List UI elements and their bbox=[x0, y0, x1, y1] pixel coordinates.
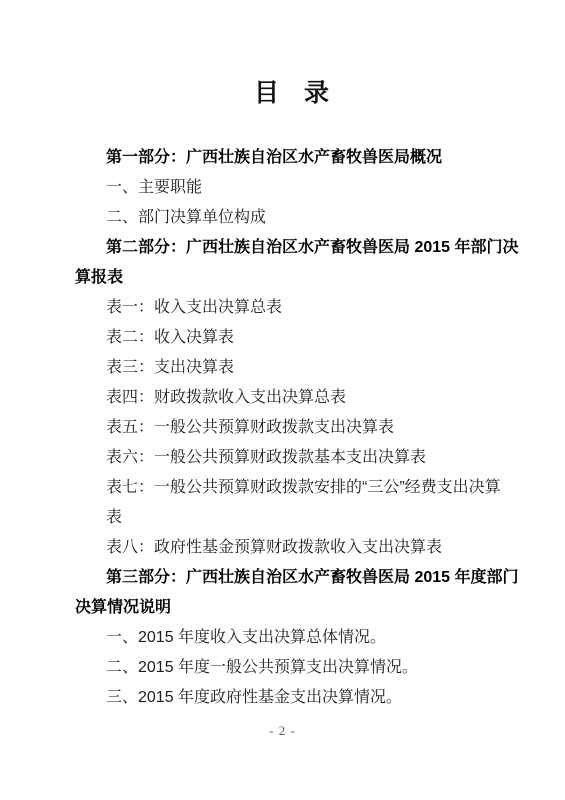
toc-heading-line: 第三部分：广西壮族自治区水产畜牧兽医局 2015 年度部门 bbox=[75, 563, 490, 593]
toc-item-line: 一、主要职能 bbox=[75, 173, 490, 203]
toc-item-line: 二、2015 年度一般公共预算支出决算情况。 bbox=[75, 653, 490, 683]
toc-item-line: 一、2015 年度收入支出决算总体情况。 bbox=[75, 623, 490, 653]
toc-heading-line: 第二部分：广西壮族自治区水产畜牧兽医局 2015 年部门决 bbox=[75, 233, 490, 263]
toc-item-line: 表六：一般公共预算财政拨款基本支出决算表 bbox=[75, 443, 490, 473]
toc-item-line: 表二：收入决算表 bbox=[75, 323, 490, 353]
toc-heading-line: 第一部分：广西壮族自治区水产畜牧兽医局概况 bbox=[75, 143, 490, 173]
toc-item-line: 表五：一般公共预算财政拨款支出决算表 bbox=[75, 413, 490, 443]
document-page: 目 录 第一部分：广西壮族自治区水产畜牧兽医局概况一、主要职能二、部门决算单位构… bbox=[0, 0, 565, 800]
toc-heading-line: 算报表 bbox=[75, 263, 490, 293]
toc-item-line: 三、2015 年度政府性基金支出决算情况。 bbox=[75, 683, 490, 713]
toc-item-line: 表 bbox=[75, 503, 490, 533]
table-of-contents: 第一部分：广西壮族自治区水产畜牧兽医局概况一、主要职能二、部门决算单位构成第二部… bbox=[75, 143, 490, 713]
toc-item-line: 表四：财政拨款收入支出决算总表 bbox=[75, 383, 490, 413]
toc-item-line: 表一：收入支出决算总表 bbox=[75, 293, 490, 323]
toc-heading-line: 决算情况说明 bbox=[75, 593, 490, 623]
toc-item-line: 二、部门决算单位构成 bbox=[75, 203, 490, 233]
toc-item-line: 表八：政府性基金预算财政拨款收入支出决算表 bbox=[75, 533, 490, 563]
toc-item-line: 表七：一般公共预算财政拨款安排的“三公”经费支出决算 bbox=[75, 473, 490, 503]
page-number: - 2 - bbox=[0, 723, 565, 739]
page-title: 目 录 bbox=[75, 78, 490, 110]
toc-item-line: 表三：支出决算表 bbox=[75, 353, 490, 383]
